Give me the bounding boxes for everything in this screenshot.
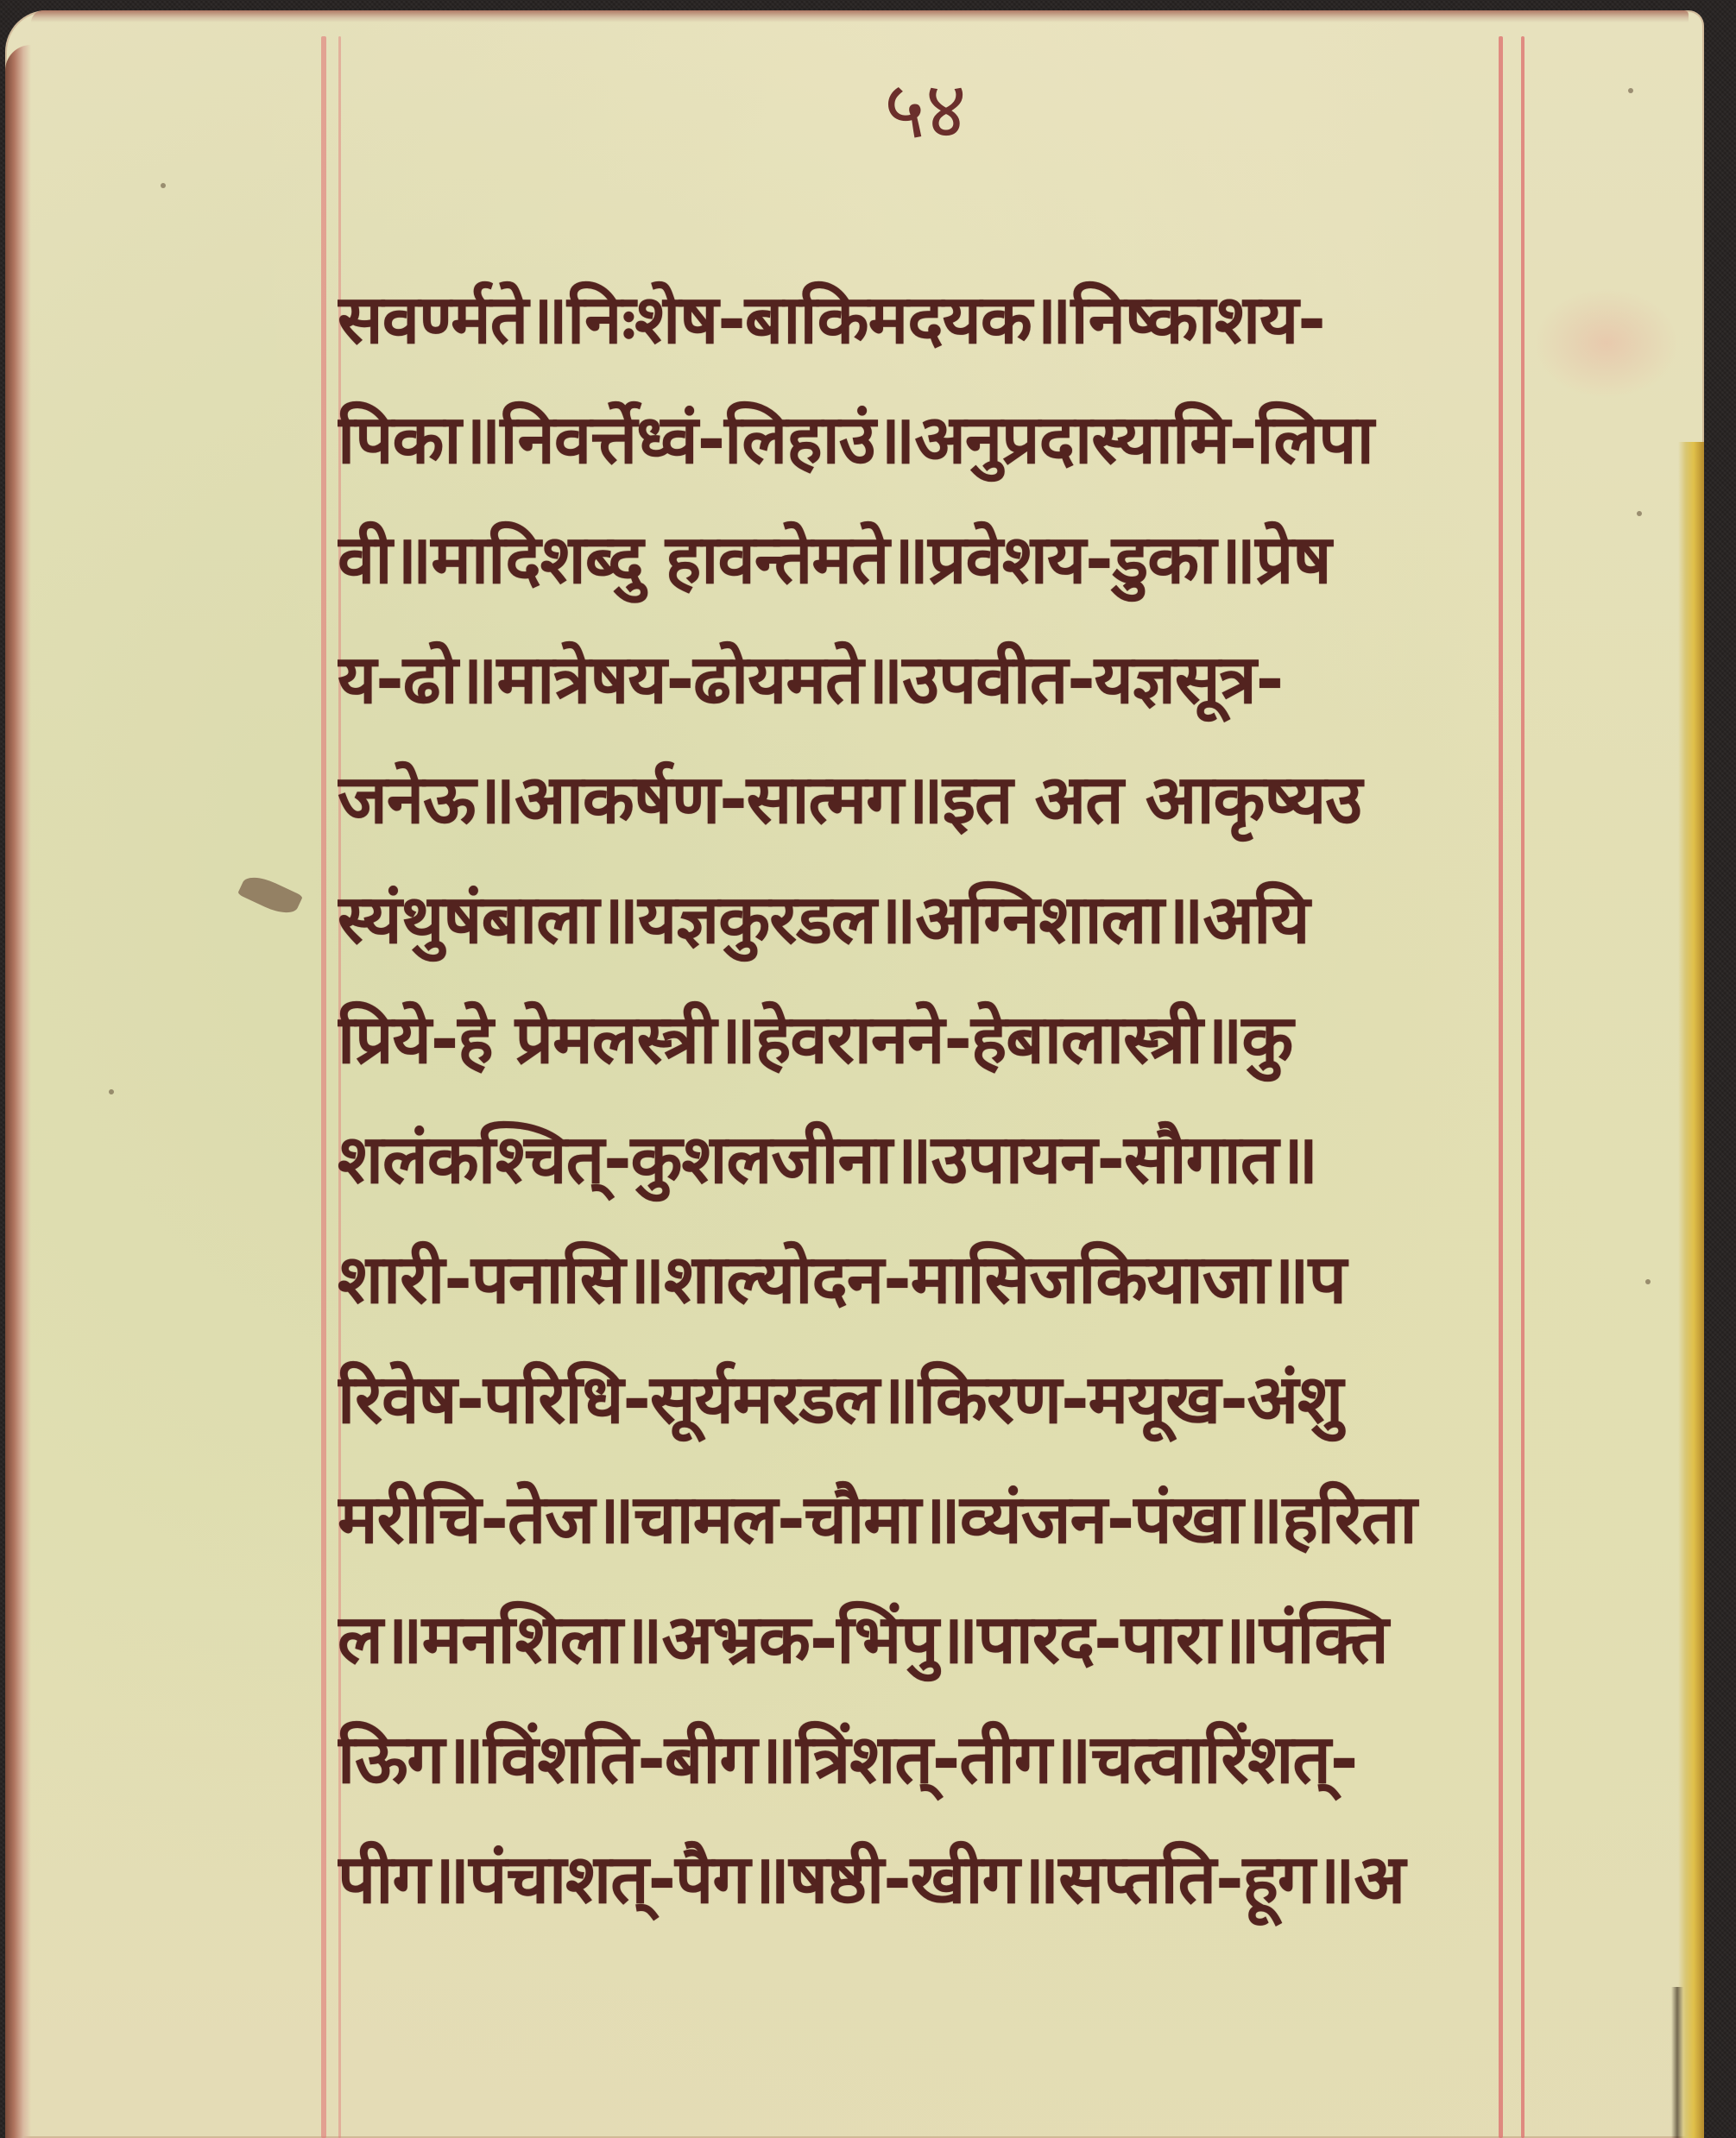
manuscript-text: सवर्ण्मते॥निःशेष-बाकिमदयक॥निष्काशय- पिका… — [338, 256, 1563, 1936]
left-margin-rule-outer — [321, 36, 326, 2138]
text-line: य-ढो॥मात्रेषय-ढोयमते॥उपवीत-यज्ञसूत्र- — [338, 616, 1563, 736]
manuscript-page: ५४ सवर्ण्मते॥निःशेष-बाकिमदयक॥निष्काशय- प… — [5, 10, 1704, 2138]
text-line: ल॥मनशिला॥अभ्रक-भिंपु॥पारद-पारा॥पंक्ति — [338, 1576, 1563, 1696]
text-line: पीग॥पंचाशत्-पैग॥षष्ठी-खीग॥सप्तति-हूग॥अ — [338, 1816, 1563, 1936]
paper-speck — [1637, 511, 1642, 516]
text-line: स्यंथुषंबाला॥यज्ञकुरडल॥अग्निशाला॥अयि — [338, 856, 1563, 976]
text-line: शारी-पनासि॥शाल्योदन-मासिजकियाजा॥प — [338, 1216, 1563, 1336]
paper-speck — [1645, 1279, 1651, 1284]
paper-speck — [1628, 88, 1633, 93]
page-edge-top — [31, 10, 1689, 22]
paper-speck — [109, 1089, 114, 1094]
text-line: शलंकश्चित्-कुशलजीना॥उपायन-सौगात॥ — [338, 1096, 1563, 1216]
text-line: रिवेष-परिधि-सूर्यमरडल॥किरण-मयूख-अंशु — [338, 1336, 1563, 1456]
page-edge-shadow — [1671, 1987, 1683, 2138]
text-line: वी॥मादिशब्दु हावन्तेमते॥प्रवेशय-डुका॥प्र… — [338, 496, 1563, 616]
page-edge-left — [5, 45, 31, 2138]
text-line: मरीचि-तेज॥चामल-चौमा॥व्यंजन-पंखा॥हरिता — [338, 1456, 1563, 1576]
text-line: सवर्ण्मते॥निःशेष-बाकिमदयक॥निष्काशय- — [338, 256, 1563, 376]
text-line: पिका॥निवर्त्तेध्वं-लिहाउं॥अनुप्रदास्यामि… — [338, 376, 1563, 496]
marginal-mark — [237, 871, 303, 920]
page-number: ५४ — [884, 71, 967, 150]
text-line: जनेऊ॥आकर्षण-सात्मग॥इत अत आकृष्यउ — [338, 736, 1563, 856]
gilt-page-edge — [1678, 442, 1704, 2138]
text-line: ऊिग॥विंशति-बीग॥त्रिंशत्-तीग॥चत्वारिंशत्- — [338, 1696, 1563, 1816]
paper-speck — [161, 183, 166, 188]
text-line: प्रिये-हे प्रेमलस्त्री॥हेवरानने-हेबालास्… — [338, 976, 1563, 1096]
